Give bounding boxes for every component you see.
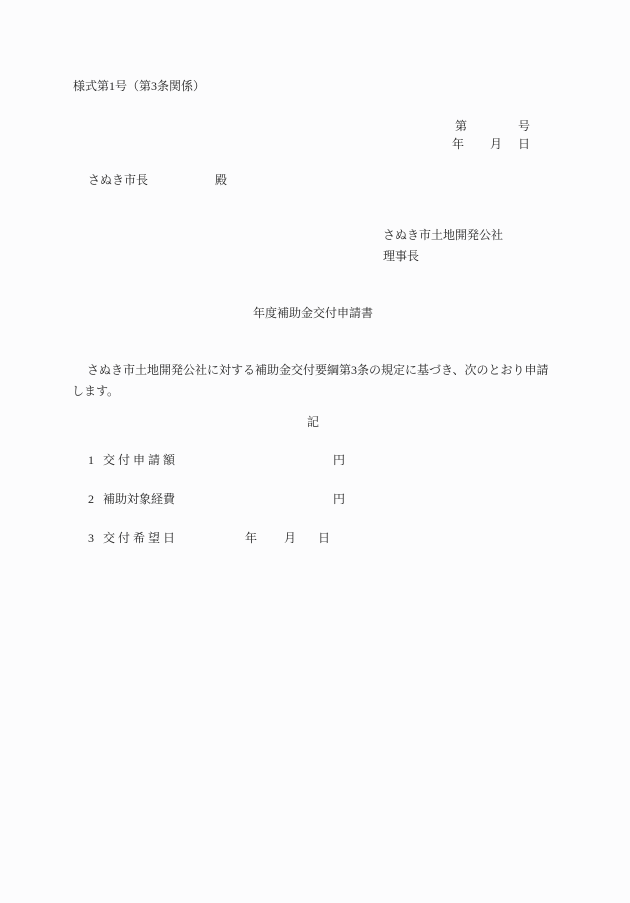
item-unit-yen: 円	[333, 491, 345, 507]
document-number-line: 第号	[455, 118, 575, 134]
item-number: 3	[88, 531, 94, 545]
doc-number-suffix: 号	[518, 119, 530, 133]
addressee-honorific: 殿	[215, 173, 227, 187]
item-date-year-label: 年	[245, 530, 257, 546]
addressee-name: さぬき市長	[88, 173, 148, 187]
body-paragraph-line-2: します。	[72, 383, 119, 399]
sender-organization: さぬき市土地開発公社	[383, 227, 503, 243]
document-page: 様式第1号（第3条関係） 第号 年月日 さぬき市長殿 さぬき市土地開発公社 理事…	[0, 0, 630, 903]
item-number: 1	[88, 453, 94, 467]
sender-title: 理事長	[383, 248, 419, 264]
date-day-label: 日	[518, 137, 530, 151]
item-row-subsidized-expenses: 2補助対象経費 円	[88, 491, 388, 507]
item-unit-yen: 円	[333, 452, 345, 468]
doc-number-prefix: 第	[455, 119, 467, 133]
item-label: 交 付 希 望 日	[103, 531, 175, 545]
body-paragraph-line-1: さぬき市土地開発公社に対する補助金交付要綱第3条の規定に基づき、次のとおり申請	[72, 362, 549, 378]
item-row-application-amount: 1交 付 申 請 額 円	[88, 452, 388, 468]
item-label: 交 付 申 請 額	[103, 453, 175, 467]
item-date-month-label: 月	[284, 530, 296, 546]
document-title: 年度補助金交付申請書	[0, 305, 626, 321]
date-year-label: 年	[452, 137, 464, 151]
record-marker: 記	[0, 414, 626, 430]
form-number-label: 様式第1号（第3条関係）	[73, 78, 205, 94]
item-number: 2	[88, 492, 94, 506]
item-label: 補助対象経費	[103, 492, 175, 506]
addressee-line: さぬき市長殿	[88, 172, 338, 188]
item-row-desired-date: 3交 付 希 望 日 年 月 日	[88, 530, 388, 546]
date-month-label: 月	[490, 137, 502, 151]
date-line: 年月日	[452, 136, 582, 152]
item-date-day-label: 日	[318, 530, 330, 546]
